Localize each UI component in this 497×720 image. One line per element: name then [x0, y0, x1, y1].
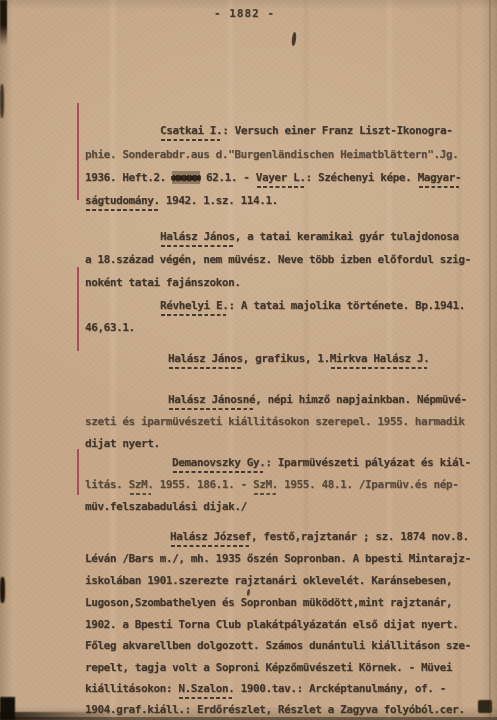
- text-segment: : A tatai majolika története. Bp.1941.: [228, 299, 464, 312]
- underlined-journal-abbreviation: SzM.: [129, 478, 154, 491]
- text-segment: Főleg akvarellben dolgozott. Számos duná…: [85, 639, 471, 652]
- text-segment: , a tatai keramikai gyár tulajdonosa: [235, 230, 459, 243]
- text-line: repelt, tagja volt a Soproni Képzőmüvész…: [85, 661, 452, 674]
- text-line: Halász József, festő,rajztanár ; sz. 187…: [170, 530, 469, 543]
- text-line: Csatkai I.: Versuch einer Franz Liszt-Ik…: [160, 124, 452, 137]
- text-line: Demanovszky Gy.: Iparmüvészeti pályázat …: [172, 456, 471, 469]
- crossed-out-text: xxxxx: [172, 171, 200, 184]
- underlined-entry-name: Halász János: [168, 352, 243, 365]
- underlined-author-name: Csatkai I.: [160, 124, 222, 137]
- text-line: müv.felszabadulási dijak./: [85, 500, 247, 513]
- text-line: 1904.graf.kiáll.: Erdőrészlet, Részlet a…: [85, 703, 465, 716]
- text-line: noként tatai fajánszokon.: [85, 276, 241, 289]
- underlined-author-name: Révhelyi E.: [160, 299, 228, 312]
- underlined-cross-reference-name: Mirkva Halász J.: [330, 352, 430, 365]
- text-segment: : Iparmüvészeti pályázat és kiál-: [265, 456, 470, 469]
- underlined-journal-abbreviation: SzM.: [253, 478, 278, 491]
- text-line: 46,63.1.: [85, 321, 135, 334]
- text-segment: repelt, tagja volt a Soproni Képzőmüvész…: [85, 661, 452, 674]
- text-segment: 1955. 186.1. -: [153, 478, 253, 491]
- text-line: Lugoson,Szombathelyen és Sopronban müköd…: [85, 596, 452, 609]
- text-line: ságtudomány. 1942. 1.sz. 114.1.: [85, 194, 278, 207]
- text-line: Halász János, grafikus, 1.Mirkva Halász …: [168, 352, 429, 365]
- underlined-journal-name: ságtudomány.: [85, 194, 160, 207]
- underlined-entry-name: Halász József: [170, 530, 251, 543]
- text-line: iskolában 1901.szerezte rajztanári oklev…: [85, 574, 452, 587]
- text-segment: 1955. 48.1. /Iparmüv.és nép-: [278, 478, 458, 491]
- text-segment: a 18.század végén, nem müvész. Neve több…: [85, 253, 471, 266]
- text-segment: 1902. a Bpesti Torna Club plakátpályázat…: [85, 618, 458, 631]
- text-segment: : Széchenyi képe.: [306, 171, 418, 184]
- text-segment: litás.: [85, 478, 129, 491]
- text-segment: , népi himző napjainkban. Népmüvé-: [255, 393, 467, 406]
- typewritten-text-layer: Csatkai I.: Versuch einer Franz Liszt-Ik…: [0, 0, 497, 720]
- text-line: dijat nyert.: [85, 437, 160, 450]
- text-line: 1936. Heft.2. xxxxx 62.1. - Vayer L.: Sz…: [85, 171, 461, 184]
- underlined-author-name: Vayer L.: [256, 171, 306, 184]
- text-segment: , festő,rajztanár ; sz. 1874 nov.8.: [251, 530, 469, 543]
- text-segment: : Versuch einer Franz Liszt-Ikonogra-: [222, 124, 452, 137]
- text-line: phie. Sonderabdr.aus d."Burgenländischen…: [85, 148, 458, 161]
- text-line: 1902. a Bpesti Torna Club plakátpályázat…: [85, 618, 458, 631]
- text-segment: , grafikus, 1.: [243, 352, 330, 365]
- text-segment: Lugoson,Szombathelyen és Sopronban müköd…: [85, 596, 452, 609]
- underlined-exhibition-name: N.Szalon.: [178, 682, 234, 695]
- text-segment: kiállitásokon:: [85, 682, 178, 695]
- text-segment: szeti és iparmüvészeti kiállitásokon sze…: [85, 415, 465, 428]
- text-segment: 1942. 1.sz. 114.1.: [160, 194, 278, 207]
- underlined-author-name: Demanovszky Gy.: [172, 456, 265, 469]
- text-segment: dijat nyert.: [85, 437, 160, 450]
- text-line: Halász Jánosné, népi himző napjainkban. …: [168, 393, 467, 406]
- text-line: kiállitásokon: N.Szalon. 1900.tav.: Arck…: [85, 682, 446, 695]
- text-line: Léván /Bars m./, mh. 1935 őszén Sopronba…: [85, 552, 471, 565]
- text-segment: 62.1. -: [200, 171, 256, 184]
- text-segment: 46,63.1.: [85, 321, 135, 334]
- text-segment: 1900.tav.: Arcképtanulmány, of. -: [234, 682, 446, 695]
- text-segment: 1904.graf.kiáll.: Erdőrészlet, Részlet a…: [85, 703, 465, 716]
- underlined-entry-name: Halász János: [160, 230, 235, 243]
- text-line: litás. SzM. 1955. 186.1. - SzM. 1955. 48…: [85, 478, 458, 491]
- text-line: szeti és iparmüvészeti kiállitásokon sze…: [85, 415, 465, 428]
- scanned-document-page: - 1882 - Csatkai I.: Versuch einer Franz…: [0, 0, 497, 720]
- underlined-journal-name: Magyar-: [418, 171, 462, 184]
- text-segment: 1936. Heft.2.: [85, 171, 172, 184]
- text-segment: phie. Sonderabdr.aus d."Burgenländischen…: [85, 148, 458, 161]
- text-line: Főleg akvarellben dolgozott. Számos duná…: [85, 639, 471, 652]
- text-segment: noként tatai fajánszokon.: [85, 276, 241, 289]
- text-segment: Léván /Bars m./, mh. 1935 őszén Sopronba…: [85, 552, 471, 565]
- text-segment: müv.felszabadulási dijak./: [85, 500, 247, 513]
- text-line: Halász János, a tatai keramikai gyár tul…: [160, 230, 459, 243]
- text-line: Révhelyi E.: A tatai majolika története.…: [160, 299, 465, 312]
- text-segment: iskolában 1901.szerezte rajztanári oklev…: [85, 574, 452, 587]
- underlined-entry-name: Halász Jánosné: [168, 393, 255, 406]
- text-line: a 18.század végén, nem müvész. Neve több…: [85, 253, 471, 266]
